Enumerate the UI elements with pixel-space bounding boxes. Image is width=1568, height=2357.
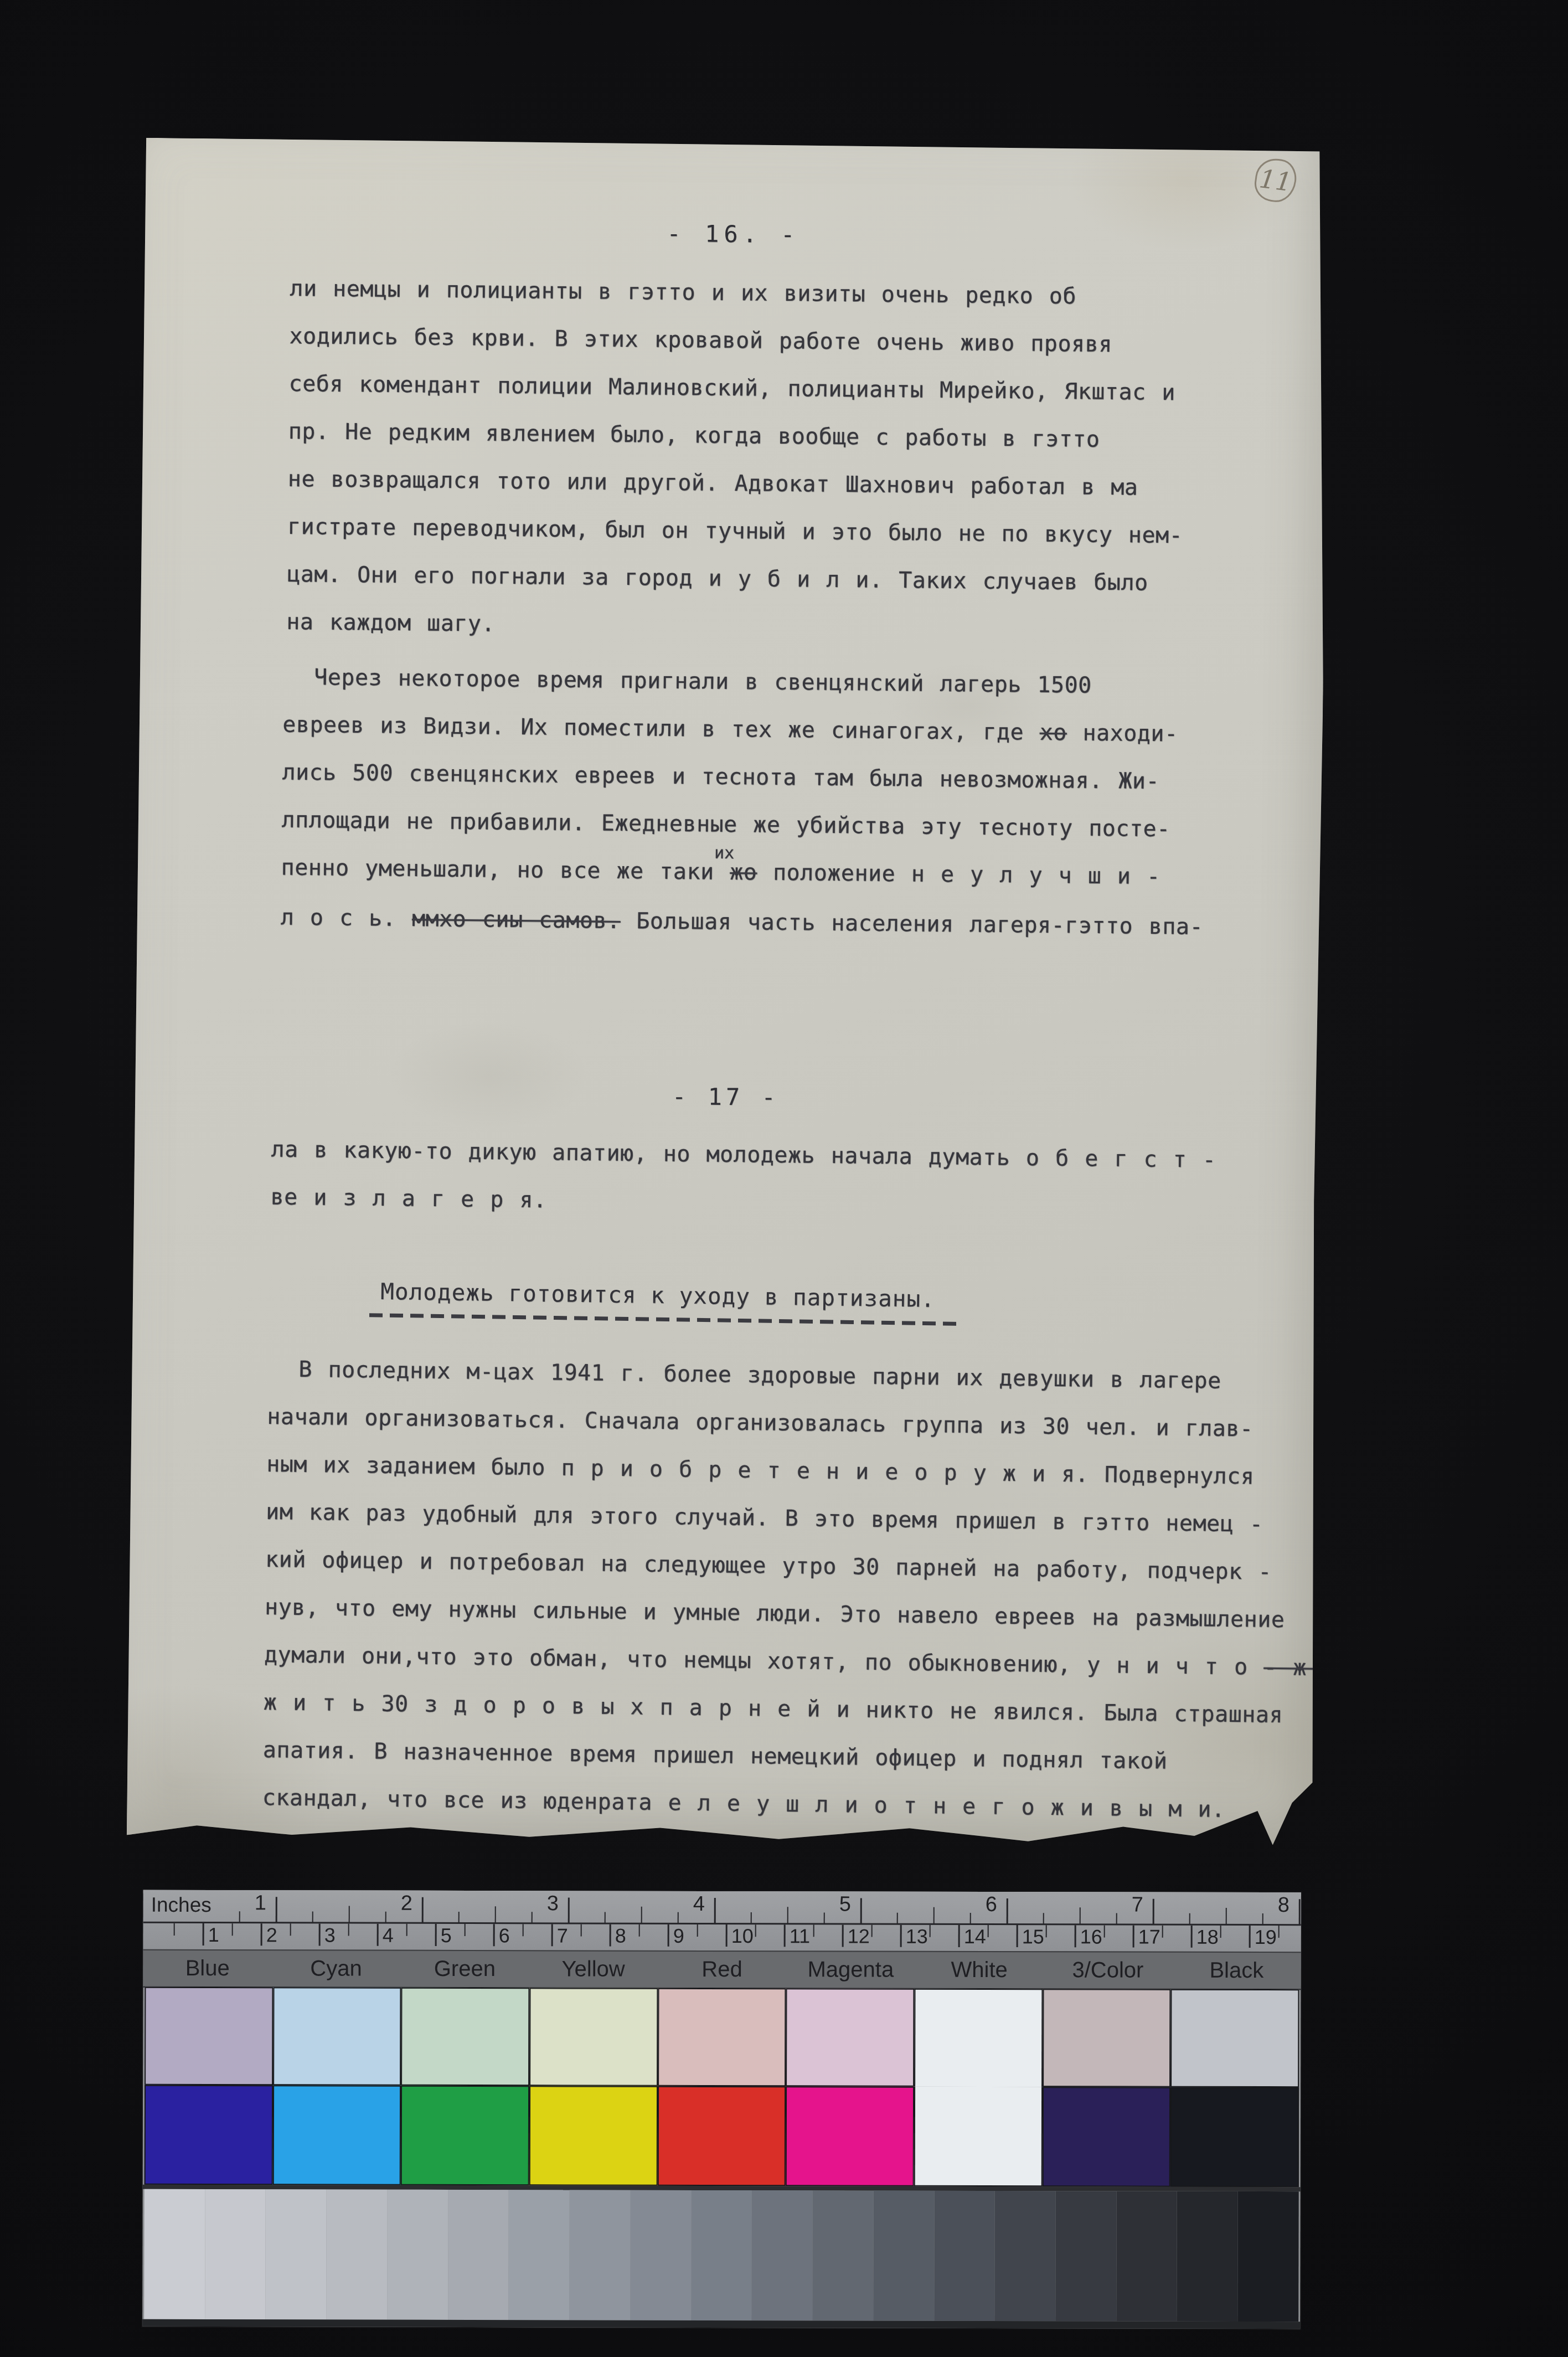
color-label: Red <box>658 1957 786 1982</box>
inch-number: 4 <box>693 1892 705 1916</box>
color-swatch <box>273 1987 401 2085</box>
cm-number: 6 <box>499 1924 510 1947</box>
color-labels-row: BlueCyanGreenYellowRedMagentaWhite3/Colo… <box>143 1949 1301 1990</box>
cm-number: 8 <box>615 1924 626 1948</box>
color-swatch <box>272 2085 401 2185</box>
document-page: 11 - 16. - ли немцы и полицианты в гэтто… <box>126 138 1328 1847</box>
text-line: пенно уменьшали, но все же такиих жо пол… <box>281 844 1204 903</box>
inch-number: 7 <box>1132 1893 1143 1917</box>
inch-number: 8 <box>1278 1893 1290 1917</box>
cm-subtick <box>929 1925 930 1937</box>
inch-number: 3 <box>547 1892 559 1916</box>
inch-subtick <box>1043 1913 1044 1924</box>
cm-number: 12 <box>848 1924 870 1948</box>
inch-subtick <box>239 1911 240 1922</box>
cm-tick <box>842 1924 844 1947</box>
color-label: 3/Color <box>1044 1958 1172 1983</box>
cm-number: 10 <box>731 1924 754 1948</box>
grayscale-strip <box>144 2189 1298 2322</box>
inch-tick <box>1299 1899 1301 1924</box>
color-swatch <box>145 2085 273 2185</box>
color-swatch <box>1042 2087 1170 2186</box>
inch-subtick <box>1226 1908 1227 1924</box>
page-17-paragraph-2: В последних м-цах 1941 г. более здоровые… <box>262 1345 1340 1835</box>
cm-subtick <box>813 1924 814 1937</box>
grayscale-step <box>448 2190 509 2320</box>
grayscale-step <box>812 2190 873 2320</box>
cm-tick <box>1075 1925 1076 1947</box>
page-16-paragraph-1: ли немцы и полицианты в гэтто и их визит… <box>286 265 1185 655</box>
ruler-divider-line <box>143 1922 1301 1926</box>
grayscale-step <box>1055 2191 1116 2321</box>
cm-subtick <box>231 1923 233 1936</box>
inch-tick <box>1153 1899 1154 1924</box>
cm-number: 18 <box>1196 1926 1219 1949</box>
inch-subtick <box>385 1912 386 1923</box>
inch-subtick <box>605 1912 606 1923</box>
cm-number: 5 <box>441 1924 452 1947</box>
cm-tick <box>1017 1925 1018 1947</box>
grayscale-step <box>387 2190 448 2320</box>
color-label: Blue <box>143 1956 271 1981</box>
cm-subtick <box>522 1924 523 1936</box>
color-swatch <box>529 2086 658 2185</box>
color-label: Green <box>400 1957 529 1982</box>
cm-number: 16 <box>1080 1925 1102 1948</box>
inch-subtick <box>970 1913 971 1924</box>
cm-subtick <box>173 1923 174 1936</box>
cm-number: 15 <box>1022 1925 1044 1948</box>
page-16-paragraph-2: Через некоторое время пригнали в свенцян… <box>280 653 1206 951</box>
color-label: Cyan <box>272 1956 400 1981</box>
cm-subtick <box>290 1923 291 1936</box>
text-line: ходились без крви. В этих кровавой работ… <box>289 312 1185 369</box>
color-swatch <box>658 1988 786 2086</box>
inch-subtick <box>1189 1913 1190 1924</box>
cm-subtick <box>464 1924 465 1936</box>
text-line: пр. Не редким явлением было, когда вообщ… <box>288 408 1184 464</box>
color-swatch <box>786 1988 914 2086</box>
grayscale-step <box>1237 2191 1298 2322</box>
ruler: Inches 123456781234567891011121314151617… <box>143 1890 1301 1952</box>
color-swatch <box>1170 2087 1299 2187</box>
page-17-header: - 17 - <box>132 1078 1319 1116</box>
cm-number: 1 <box>208 1923 219 1947</box>
cm-number: 17 <box>1138 1926 1160 1949</box>
cm-tick <box>493 1924 495 1946</box>
cm-number: 13 <box>906 1925 928 1948</box>
section-heading: Молодежь готовится к уходу в партизаны. <box>380 1278 935 1313</box>
color-calibration-chart: Inches 123456781234567891011121314151617… <box>142 1890 1301 2329</box>
cm-tick <box>551 1924 553 1946</box>
cm-number: 14 <box>964 1925 986 1948</box>
saturated-swatch-row <box>145 2085 1299 2187</box>
inch-subtick <box>824 1912 825 1923</box>
section-heading-underline <box>369 1313 961 1326</box>
inch-subtick <box>787 1907 788 1923</box>
inch-subtick <box>897 1913 898 1924</box>
pencil-page-number-text: 11 <box>1257 163 1293 197</box>
cm-tick <box>726 1924 728 1947</box>
cm-number: 7 <box>557 1924 568 1947</box>
text-line: на каждом шагу. <box>286 598 1182 655</box>
cm-tick <box>1249 1926 1251 1948</box>
color-label: Yellow <box>529 1957 657 1982</box>
cm-tick <box>668 1924 669 1947</box>
pencil-page-number: 11 <box>1252 156 1299 204</box>
cm-tick <box>1191 1926 1193 1948</box>
cm-subtick <box>1045 1925 1046 1937</box>
inch-number: 5 <box>839 1892 851 1916</box>
grayscale-step <box>266 2189 327 2319</box>
cm-subtick <box>1103 1925 1105 1937</box>
inch-number: 2 <box>401 1892 412 1916</box>
color-swatch <box>529 1988 658 2086</box>
inch-subtick <box>678 1912 679 1923</box>
text-line: ли немцы и полицианты в гэтто и их визит… <box>290 265 1185 321</box>
cm-subtick <box>871 1925 872 1937</box>
cm-tick <box>610 1924 611 1947</box>
color-swatch <box>401 1988 529 2086</box>
text-line: гистрате переводчиком, был он тучный и э… <box>287 503 1183 559</box>
inch-subtick <box>458 1912 460 1923</box>
cm-subtick <box>580 1924 581 1936</box>
color-label: Magenta <box>786 1957 915 1982</box>
page-16-header: - 16. - <box>140 215 1327 253</box>
grayscale-step <box>1116 2191 1177 2321</box>
grayscale-step <box>144 2189 205 2319</box>
inch-subtick <box>532 1912 533 1923</box>
cm-number: 19 <box>1255 1926 1277 1949</box>
inch-subtick <box>349 1906 350 1923</box>
grayscale-step <box>569 2190 630 2320</box>
text-line: цам. Они его погнали за город и у б и л … <box>287 550 1183 607</box>
grayscale-step <box>326 2190 387 2320</box>
grayscale-step <box>509 2190 570 2320</box>
inch-tick <box>276 1897 277 1922</box>
color-swatch <box>657 2086 786 2186</box>
text-line: себя комендант полиции Малиновский, поли… <box>288 360 1184 416</box>
cm-tick <box>958 1925 960 1947</box>
inch-number: 6 <box>986 1893 997 1917</box>
cm-subtick <box>755 1924 756 1937</box>
grayscale-step <box>205 2189 266 2319</box>
cm-tick <box>377 1924 379 1946</box>
color-swatch <box>145 1987 273 2085</box>
color-swatch <box>1170 1989 1299 2087</box>
color-swatch <box>914 2087 1043 2186</box>
color-label: White <box>915 1958 1043 1983</box>
grayscale-step <box>873 2191 934 2321</box>
inch-tick <box>422 1897 424 1923</box>
cm-tick <box>1133 1926 1134 1948</box>
pastel-swatch-row <box>145 1987 1299 2087</box>
cm-tick <box>435 1924 437 1946</box>
cm-subtick <box>1278 1926 1279 1938</box>
text-line: не возвращался тото или другой. Адвокат … <box>288 455 1184 512</box>
cm-tick <box>261 1923 262 1946</box>
cm-number: 4 <box>383 1924 394 1947</box>
cm-subtick <box>697 1924 698 1937</box>
inch-subtick <box>312 1911 313 1922</box>
cm-number: 3 <box>324 1923 336 1947</box>
inch-tick <box>714 1898 716 1923</box>
cm-subtick <box>1220 1926 1221 1938</box>
cm-number: 2 <box>266 1923 277 1947</box>
inch-subtick <box>933 1907 935 1924</box>
inch-subtick <box>751 1912 752 1923</box>
grayscale-step <box>1177 2191 1238 2322</box>
cm-number: 11 <box>790 1924 810 1948</box>
inch-tick <box>1007 1898 1008 1924</box>
cm-tick <box>203 1923 204 1946</box>
grayscale-step <box>630 2190 691 2320</box>
cm-subtick <box>638 1924 639 1937</box>
color-swatch <box>401 2086 529 2185</box>
color-label: Black <box>1172 1958 1301 1983</box>
inch-subtick <box>495 1906 496 1923</box>
grayscale-step <box>994 2191 1055 2321</box>
inch-subtick <box>1262 1913 1263 1924</box>
inch-subtick <box>1080 1907 1081 1924</box>
grayscale-step <box>691 2190 752 2320</box>
cm-tick <box>784 1924 786 1947</box>
color-swatch <box>1043 1989 1171 2087</box>
inch-tick <box>568 1897 570 1923</box>
color-swatch <box>914 1989 1043 2087</box>
cm-subtick <box>987 1925 988 1937</box>
inch-tick <box>860 1898 862 1924</box>
grayscale-step <box>934 2191 995 2321</box>
page-17-paragraph-1: ла в какую-то дикую апатию, но молодежь … <box>270 1126 1216 1232</box>
inch-subtick <box>641 1907 642 1923</box>
cm-tick <box>900 1925 902 1947</box>
cm-subtick <box>406 1924 407 1936</box>
color-swatch <box>786 2086 914 2186</box>
text-line: л о с ь. ммхо сиы самов. Большая часть н… <box>280 894 1203 951</box>
cm-subtick <box>348 1924 349 1936</box>
inch-number: 1 <box>255 1891 266 1915</box>
inch-subtick <box>1116 1913 1117 1924</box>
ruler-unit-label: Inches <box>151 1893 212 1917</box>
grayscale-step <box>752 2190 813 2320</box>
cm-number: 9 <box>673 1924 684 1948</box>
cm-subtick <box>1162 1926 1163 1938</box>
cm-tick <box>319 1923 321 1946</box>
